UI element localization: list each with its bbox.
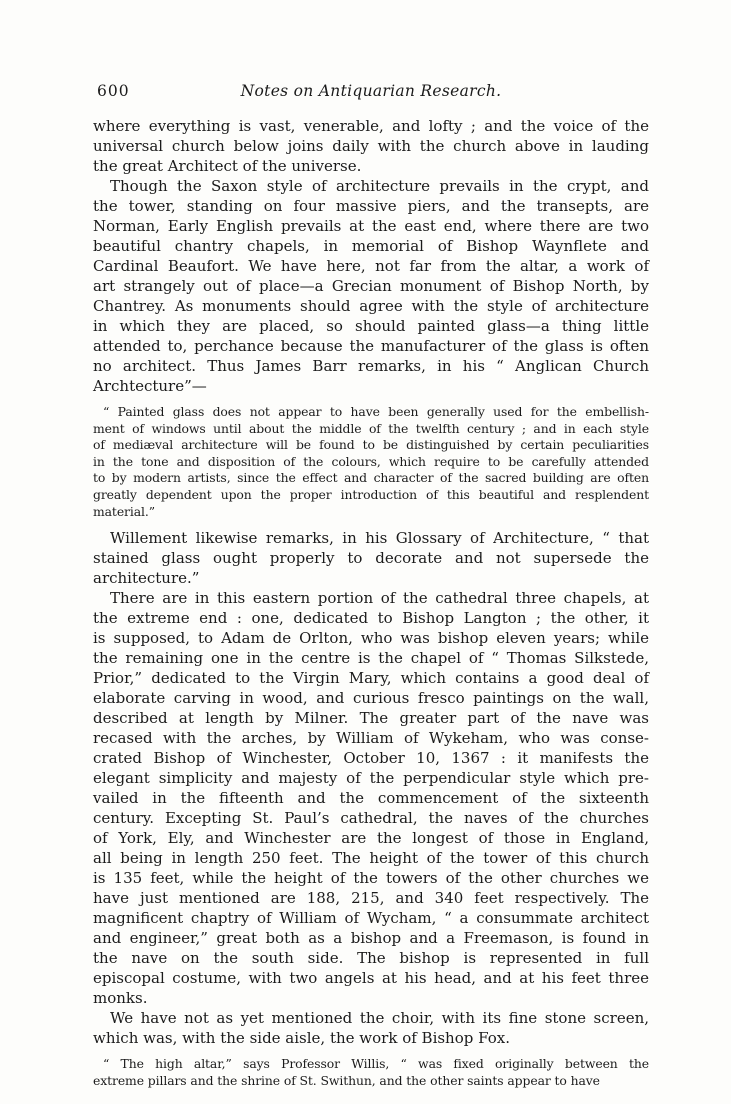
page-body: where everything is vast, venerable, and… <box>93 116 649 1089</box>
paragraph-lines: where everything is vast, venerable, and… <box>93 116 649 156</box>
paragraph: “ Painted glass does not appear to have … <box>93 404 649 520</box>
paragraph-last-line: which was, with the side aisle, the work… <box>93 1028 649 1048</box>
paragraph-lines: We have not as yet mentioned the choir, … <box>93 1008 649 1028</box>
paragraph-last-line: Archtecture”— <box>93 376 649 396</box>
page-number: 600 <box>97 82 130 100</box>
text-column: 600 Notes on Antiquarian Research. where… <box>93 82 649 1097</box>
paragraph: There are in this eastern portion of the… <box>93 588 649 1008</box>
paragraph-last-line: the great Architect of the universe. <box>93 156 649 176</box>
paragraph-lines: Though the Saxon style of architecture p… <box>93 176 649 376</box>
paragraph-last-line: architecture.” <box>93 568 649 588</box>
paragraph-lines: “ Painted glass does not appear to have … <box>93 404 649 504</box>
paragraph: We have not as yet mentioned the choir, … <box>93 1008 649 1048</box>
paragraph: where everything is vast, venerable, and… <box>93 116 649 176</box>
paragraph-lines: There are in this eastern portion of the… <box>93 588 649 988</box>
running-title: Notes on Antiquarian Research. <box>93 82 649 100</box>
paragraph: “ The high altar,” says Professor Willis… <box>93 1056 649 1089</box>
paragraph: Willement likewise remarks, in his Gloss… <box>93 528 649 588</box>
paragraph-last-line: material.” <box>93 504 649 521</box>
paragraph: Though the Saxon style of architecture p… <box>93 176 649 396</box>
paragraph-last-line: monks. <box>93 988 649 1008</box>
book-page: 600 Notes on Antiquarian Research. where… <box>0 0 731 1104</box>
paragraph-lines: “ The high altar,” says Professor Willis… <box>93 1056 649 1073</box>
paragraph-last-line: extreme pillars and the shrine of St. Sw… <box>93 1073 649 1090</box>
page-header: 600 Notes on Antiquarian Research. <box>93 82 649 102</box>
paragraph-lines: Willement likewise remarks, in his Gloss… <box>93 528 649 568</box>
